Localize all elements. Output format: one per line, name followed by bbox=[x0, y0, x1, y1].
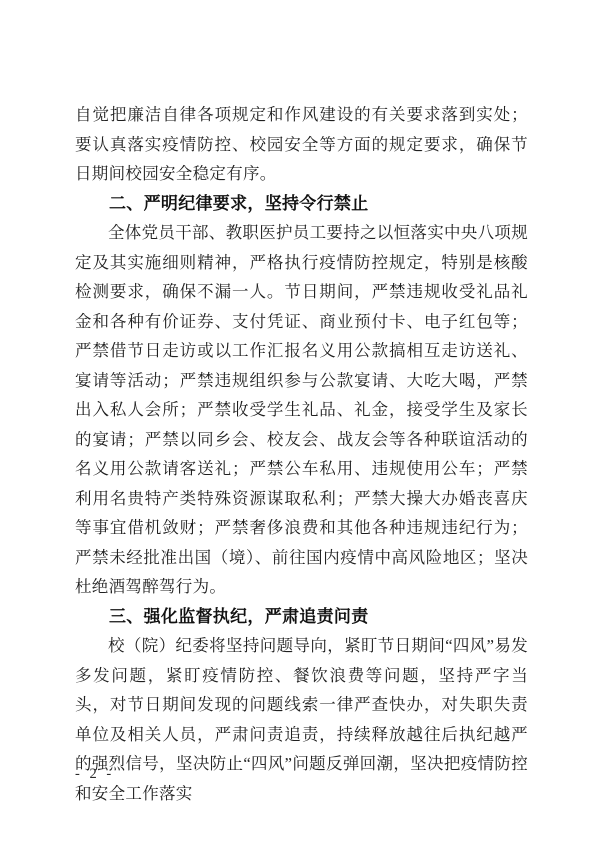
section-heading-3: 三、强化监督执纪，严肃追责问责 bbox=[75, 602, 528, 632]
paragraph-continuation: 自觉把廉洁自律各项规定和作风建设的有关要求落到实处；要认真落实疫情防控、校园安全… bbox=[75, 100, 528, 189]
paragraph-discipline-requirements: 全体党员干部、教职医护员工要持之以恒落实中央八项规定及其实施细则精神，严格执行疫… bbox=[75, 218, 528, 602]
paragraph-supervision-accountability: 校（院）纪委将坚持问题导向，紧盯节日期间“四风”易发多发问题，紧盯疫情防控、餐饮… bbox=[75, 631, 528, 808]
document-page: 自觉把廉洁自律各项规定和作风建设的有关要求落到实处；要认真落实疫情防控、校园安全… bbox=[0, 0, 600, 848]
section-heading-2: 二、严明纪律要求，坚持令行禁止 bbox=[75, 189, 528, 219]
document-body: 自觉把廉洁自律各项规定和作风建设的有关要求落到实处；要认真落实疫情防控、校园安全… bbox=[75, 100, 528, 808]
page-number: - 2 - bbox=[75, 766, 114, 783]
